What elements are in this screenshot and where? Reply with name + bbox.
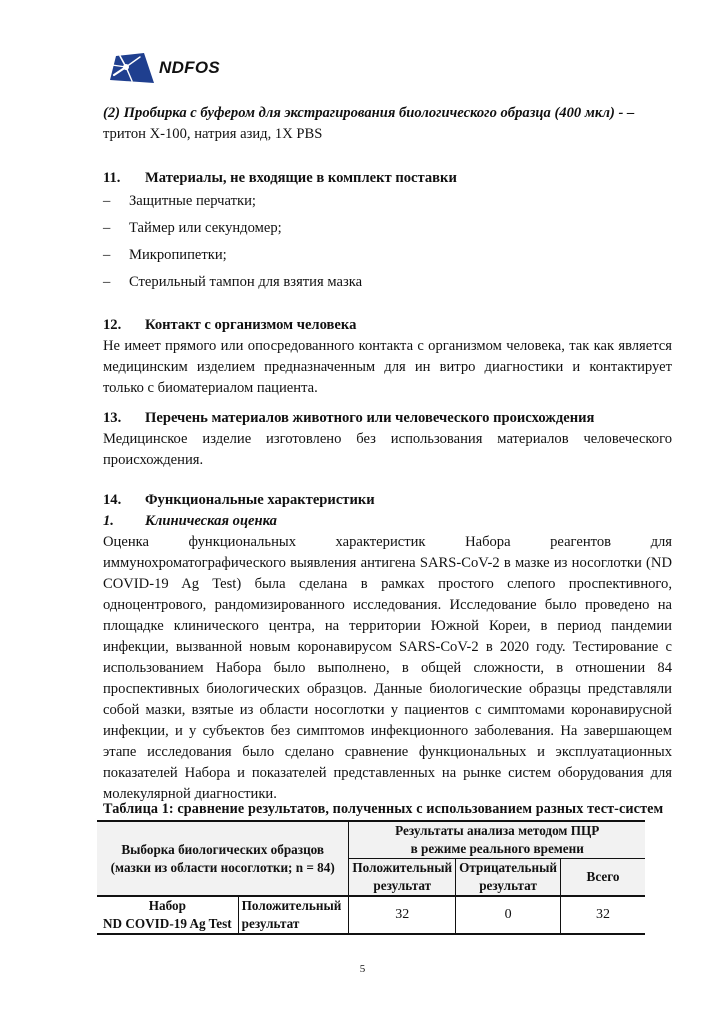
cell-total: 32 [561,896,645,934]
row-label-cell: Положительный результат [238,896,349,934]
list-item: –Стерильный тампон для взятия мазка [103,272,362,299]
table-row: Набор ND COVID-19 Ag Test Положительный … [97,896,645,934]
subsection-body: иммунохроматографического выявления анти… [103,553,672,805]
intro-item-title: (2) Пробирка с буфером для экстрагирован… [103,103,672,124]
section-title: Функциональные характеристики [145,492,375,508]
table-caption: Таблица 1: сравнение результатов, получе… [103,801,663,818]
pcr-header-cell: Результаты анализа методом ПЦР в режиме … [349,821,645,859]
dash-bullet-icon: – [103,191,129,218]
page-number: 5 [0,963,725,975]
logo-text: NDFOS [159,58,220,78]
subsection-heading: 1.Клиническая оценка [103,511,277,532]
document-page: NDFOS (2) Пробирка с буфером для экстраг… [0,0,725,1024]
section-number: 12. [103,315,145,336]
section-number: 11. [103,168,145,189]
intro-item-desc: тритон X-100, натрия азид, 1X PBS [103,124,672,145]
comparison-table: Выборка биологических образцов (мазки из… [97,820,645,935]
column-header-positive: Положительный результат [349,859,456,897]
row-group-cell: Набор ND COVID-19 Ag Test [97,896,238,934]
list-item: –Микропипетки; [103,245,362,272]
intro-item: (2) Пробирка с буфером для экстрагирован… [103,103,672,145]
section-number: 14. [103,490,145,511]
section-14-heading: 14.Функциональные характеристики [103,490,375,511]
subsection-number: 1. [103,511,145,532]
section-13-body: Медицинское изделие изготовлено без испо… [103,429,672,471]
materials-list: –Защитные перчатки; –Таймер или секундом… [103,191,362,299]
list-item: –Таймер или секундомер; [103,218,362,245]
dash-bullet-icon: – [103,218,129,245]
section-title: Материалы, не входящие в комплект постав… [145,170,457,186]
section-title: Перечень материалов животного или челове… [145,410,594,426]
cell-positive: 32 [349,896,456,934]
subsection-title: Клиническая оценка [145,513,277,529]
sample-header-cell: Выборка биологических образцов (мазки из… [97,821,349,896]
list-item: –Защитные перчатки; [103,191,362,218]
star-burst-logo-icon [110,53,154,83]
section-number: 13. [103,408,145,429]
section-title: Контакт с организмом человека [145,317,356,333]
section-12-body: Не имеет прямого или опосредованного кон… [103,336,672,399]
column-header-total: Всего [561,859,645,897]
section-13-heading: 13.Перечень материалов животного или чел… [103,408,594,429]
dash-bullet-icon: – [103,245,129,272]
dash-bullet-icon: – [103,272,129,299]
ndfos-logo: NDFOS [110,53,220,83]
section-11-heading: 11.Материалы, не входящие в комплект пос… [103,168,457,189]
subsection-first-line: Оценка функциональных характеристик Набо… [103,532,672,553]
column-header-negative: Отрицательный результат [456,859,561,897]
section-12-heading: 12.Контакт с организмом человека [103,315,356,336]
cell-negative: 0 [456,896,561,934]
